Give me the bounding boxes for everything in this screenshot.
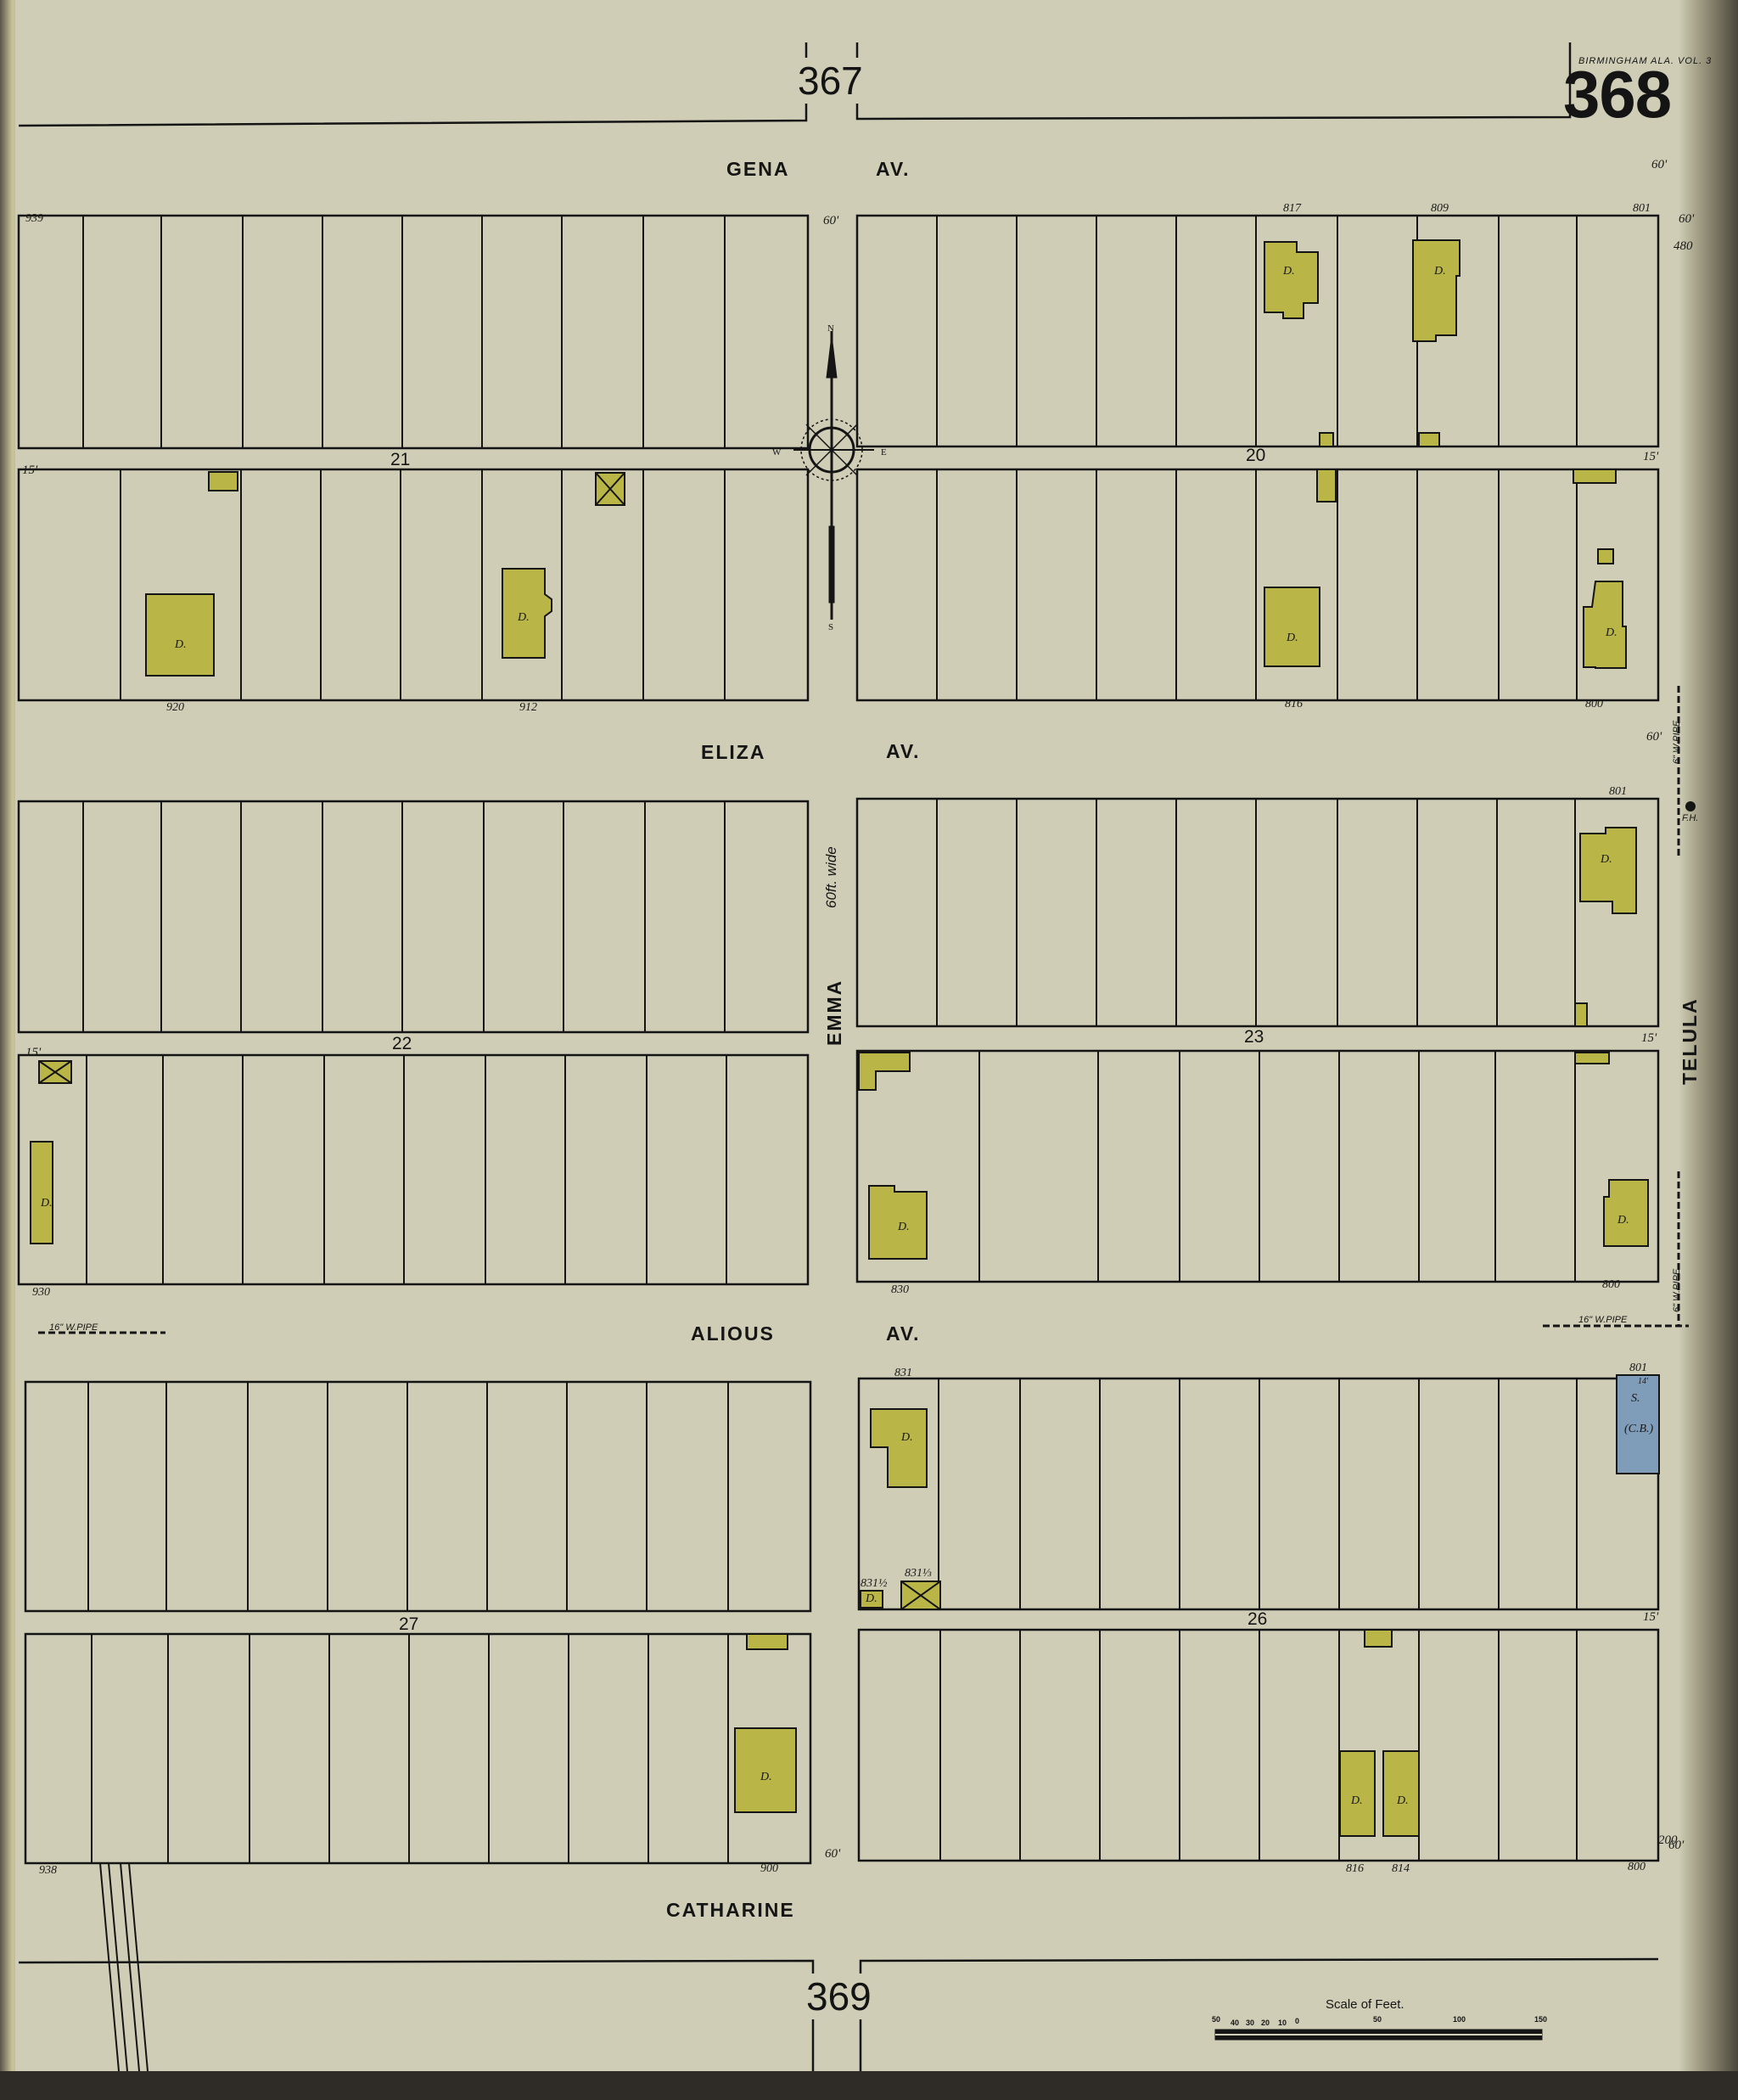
scale-tick: 20 — [1261, 2019, 1270, 2027]
address-800-b26: 800 — [1628, 1861, 1645, 1874]
address-816: 816 — [1285, 698, 1303, 711]
block-number-26: 26 — [1247, 1609, 1267, 1630]
address-939: 939 — [25, 212, 43, 226]
alley-width-23: 15' — [1641, 1031, 1657, 1046]
alley-width-20: 15' — [1643, 450, 1658, 464]
outbuilding-830 — [859, 1053, 910, 1090]
dwelling-label: D. — [518, 611, 530, 625]
pipe-label-16in-west: 16" W.PIPE — [49, 1322, 98, 1333]
dwelling-label: D. — [1287, 632, 1298, 645]
outbuilding-817 — [1320, 433, 1333, 446]
address-817: 817 — [1283, 202, 1301, 216]
address-800: 800 — [1585, 698, 1603, 711]
dwelling-label: D. — [175, 638, 187, 652]
scale-tick: 50 — [1212, 2015, 1220, 2024]
dwelling-809 — [1413, 240, 1460, 341]
alley-width-26: 15' — [1643, 1610, 1658, 1625]
block-depth-480: 480 — [1674, 239, 1693, 254]
dwelling-label: D. — [1606, 626, 1617, 640]
water-pipes — [38, 686, 1689, 1333]
alley-width-22: 15' — [25, 1046, 41, 1060]
block-number-27: 27 — [399, 1614, 418, 1635]
store-label: S. — [1631, 1392, 1640, 1406]
address-930: 930 — [32, 1286, 50, 1300]
address-912: 912 — [519, 701, 537, 715]
scale-tick: 40 — [1231, 2019, 1239, 2027]
scale-tick: 100 — [1453, 2015, 1466, 2024]
dwelling-800-b23 — [1604, 1180, 1648, 1246]
outbuilding-816 — [1317, 469, 1336, 502]
dwelling-label: D. — [866, 1592, 877, 1606]
street-telula: TELULA — [1679, 997, 1702, 1085]
address-900: 900 — [760, 1862, 778, 1876]
hydrant-label: F.H. — [1682, 813, 1698, 823]
emma-width-note: 60ft. wide — [823, 846, 840, 908]
compass-rose-icon — [793, 331, 874, 620]
pipe-label-6in-south: 6" W.PIPE — [1672, 1269, 1682, 1312]
outbuilding-809 — [1419, 433, 1439, 446]
frame-line-367-left — [19, 42, 806, 126]
block-number-21: 21 — [390, 450, 410, 470]
adjacent-page-north[interactable]: 367 — [796, 58, 865, 104]
pipe-label-6in-north: 6" W.PIPE — [1672, 721, 1682, 764]
outbuilding-900 — [747, 1634, 788, 1649]
scale-tick: 50 — [1373, 2015, 1382, 2024]
street-emma: EMMA — [823, 980, 846, 1046]
block-21-north-half — [19, 216, 808, 448]
dwelling-label: D. — [1283, 265, 1295, 278]
street-catharine: CATHARINE — [666, 1899, 795, 1922]
street-gena-suffix: AV. — [876, 158, 911, 181]
compass-west-label: W — [772, 447, 782, 458]
compass-south-label: S — [828, 622, 833, 632]
frame-line-367-right — [857, 42, 1570, 119]
scale-tick: 150 — [1534, 2015, 1547, 2024]
block-depth-200: 200 — [1658, 1833, 1678, 1848]
compass-east-label: E — [881, 447, 887, 458]
scale-tick: 0 — [1295, 2017, 1299, 2025]
block-27-north-half — [25, 1382, 810, 1611]
dwelling-label: D. — [898, 1221, 910, 1234]
address-816-b26: 816 — [1346, 1862, 1364, 1876]
store-note: (C.B.) — [1624, 1423, 1653, 1436]
address-938: 938 — [39, 1864, 57, 1878]
street-eliza-suffix: AV. — [886, 740, 921, 763]
dwelling-label: D. — [1434, 265, 1446, 278]
dwelling-930 — [31, 1142, 53, 1244]
dwelling-label: D. — [41, 1197, 53, 1210]
address-801-b23: 801 — [1609, 785, 1627, 799]
address-814: 814 — [1392, 1862, 1410, 1876]
width-eliza-east: 60' — [1646, 730, 1662, 744]
scale-title: Scale of Feet. — [1326, 1997, 1404, 2012]
block-23-north-half — [857, 799, 1658, 1026]
address-800-b23: 800 — [1602, 1278, 1620, 1292]
outbuilding-816-b26 — [1365, 1630, 1392, 1647]
alley-width-21: 15' — [22, 463, 37, 478]
street-gena: GENA — [726, 158, 789, 181]
outbuilding-800-b — [1598, 549, 1613, 564]
outbuilding-801 — [1575, 1003, 1587, 1026]
page-number: 368 — [1563, 56, 1671, 133]
railroad-tracks — [100, 1863, 148, 2071]
dwelling-label: D. — [760, 1771, 772, 1784]
store-height: 14' — [1638, 1377, 1648, 1386]
scale-bar — [1215, 2030, 1542, 2040]
dwelling-label: D. — [1617, 1214, 1629, 1227]
width-emma-north: 60' — [823, 214, 838, 228]
address-920: 920 — [166, 701, 184, 715]
dwelling-831 — [871, 1409, 927, 1487]
dwelling-label: D. — [901, 1431, 913, 1445]
block-22-south-half — [19, 1055, 808, 1284]
dwelling-label: D. — [1601, 853, 1612, 867]
address-831-third: 831⅓ — [905, 1567, 932, 1581]
width-gena-east: 60' — [1651, 158, 1667, 172]
dwelling-816 — [1264, 587, 1320, 666]
block-20-north-half — [857, 216, 1658, 446]
dwelling-920 — [146, 594, 214, 676]
block-number-23: 23 — [1244, 1027, 1264, 1047]
dwelling-label: D. — [1351, 1794, 1363, 1808]
address-831: 831 — [894, 1367, 912, 1380]
block-22-north-half — [19, 801, 808, 1032]
street-alious: ALIOUS — [691, 1322, 775, 1345]
block-21-south-half — [19, 469, 808, 700]
block-20-south-half — [857, 469, 1658, 700]
street-alious-suffix: AV. — [886, 1322, 921, 1345]
adjacent-page-south[interactable]: 369 — [805, 1974, 873, 2019]
block-23-south-half — [857, 1051, 1658, 1282]
address-801-b26: 801 — [1629, 1362, 1647, 1375]
address-830: 830 — [891, 1283, 909, 1297]
scale-tick: 30 — [1246, 2019, 1254, 2027]
block-27-south-half — [25, 1634, 810, 1863]
dwelling-816-b26 — [1340, 1751, 1375, 1836]
outbuilding-800 — [1573, 469, 1616, 483]
block-number-22: 22 — [392, 1034, 412, 1054]
pipe-label-16in-east: 16" W.PIPE — [1578, 1315, 1627, 1325]
address-831-half: 831½ — [861, 1577, 888, 1591]
compass-north-label: N — [827, 323, 834, 334]
map-drawing: N W E S — [0, 0, 1738, 2100]
address-809: 809 — [1431, 202, 1449, 216]
dwelling-label: D. — [1397, 1794, 1409, 1808]
outbuilding-800-b23 — [1575, 1053, 1609, 1064]
dwelling-800 — [1584, 581, 1626, 668]
fire-hydrant-icon — [1685, 801, 1696, 811]
width-emma-south: 60' — [825, 1847, 840, 1861]
dwelling-814 — [1383, 1751, 1419, 1836]
dwelling-817 — [1264, 242, 1318, 318]
width-telula-north: 60' — [1679, 212, 1694, 227]
address-801: 801 — [1633, 202, 1651, 216]
outbuilding-920 — [209, 472, 238, 491]
dwelling-801 — [1580, 828, 1636, 913]
street-eliza: ELIZA — [701, 741, 765, 764]
scale-tick: 10 — [1278, 2019, 1287, 2027]
block-number-20: 20 — [1246, 446, 1265, 466]
